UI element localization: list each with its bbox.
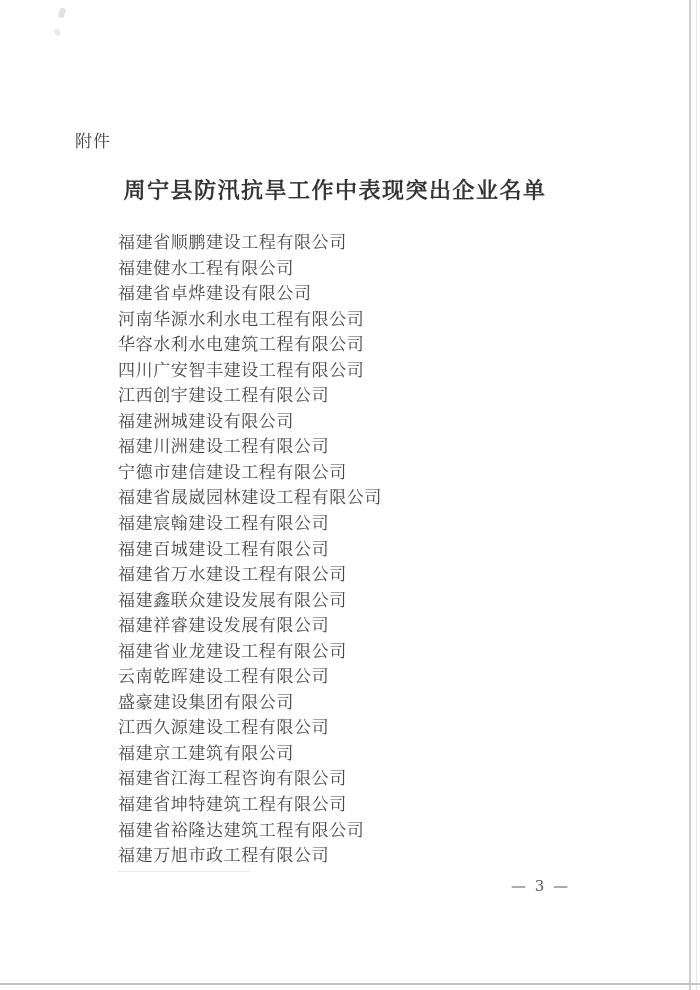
company-list: 福建省顺鹏建设工程有限公司福建健水工程有限公司福建省卓烨建设有限公司河南华源水利…: [118, 231, 382, 870]
company-name: 福建洲城建设有限公司: [118, 410, 382, 436]
attachment-label: 附件: [75, 127, 111, 152]
scan-edge-line-right: [689, 0, 691, 990]
company-name: 福建省卓烨建设有限公司: [118, 282, 382, 308]
company-name: 福建京工建筑有限公司: [118, 742, 382, 768]
company-name: 盛豪建设集团有限公司: [118, 691, 382, 717]
page-number: — 3 —: [511, 877, 570, 895]
company-name: 福建万旭市政工程有限公司: [118, 844, 382, 870]
scan-artifact-line: [117, 871, 250, 872]
document-title: 周宁县防汛抗旱工作中表现突出企业名单: [0, 174, 700, 205]
company-name: 福建省顺鹏建设工程有限公司: [118, 231, 382, 257]
company-name: 福建省裕隆达建筑工程有限公司: [118, 819, 382, 845]
company-name: 福建百城建设工程有限公司: [118, 538, 382, 564]
company-name: 福建省坤特建筑工程有限公司: [118, 793, 382, 819]
company-name: 福建省晟崴园林建设工程有限公司: [118, 486, 382, 512]
scan-noise-mark: [58, 7, 67, 18]
company-name: 宁德市建信建设工程有限公司: [118, 461, 382, 487]
company-name: 云南乾晖建设工程有限公司: [118, 665, 382, 691]
company-name: 福建鑫联众建设发展有限公司: [118, 589, 382, 615]
company-name: 江西创宇建设工程有限公司: [118, 384, 382, 410]
company-name: 福建省江海工程咨询有限公司: [118, 767, 382, 793]
scan-noise-mark: [54, 28, 62, 37]
company-name: 福建宸翰建设工程有限公司: [118, 512, 382, 538]
company-name: 福建川洲建设工程有限公司: [118, 435, 382, 461]
scan-edge-line-right-outer: [696, 0, 697, 990]
company-name: 福建祥睿建设发展有限公司: [118, 614, 382, 640]
company-name: 福建省万水建设工程有限公司: [118, 563, 382, 589]
company-name: 江西久源建设工程有限公司: [118, 716, 382, 742]
company-name: 华容水利水电建筑工程有限公司: [118, 333, 382, 359]
company-name: 四川广安智丰建设工程有限公司: [118, 359, 382, 385]
scan-edge-line-bottom: [0, 983, 700, 985]
scanned-document-page: 附件 周宁县防汛抗旱工作中表现突出企业名单 福建省顺鹏建设工程有限公司福建健水工…: [0, 0, 700, 990]
company-name: 福建省业龙建设工程有限公司: [118, 640, 382, 666]
company-name: 河南华源水利水电工程有限公司: [118, 308, 382, 334]
company-name: 福建健水工程有限公司: [118, 257, 382, 283]
